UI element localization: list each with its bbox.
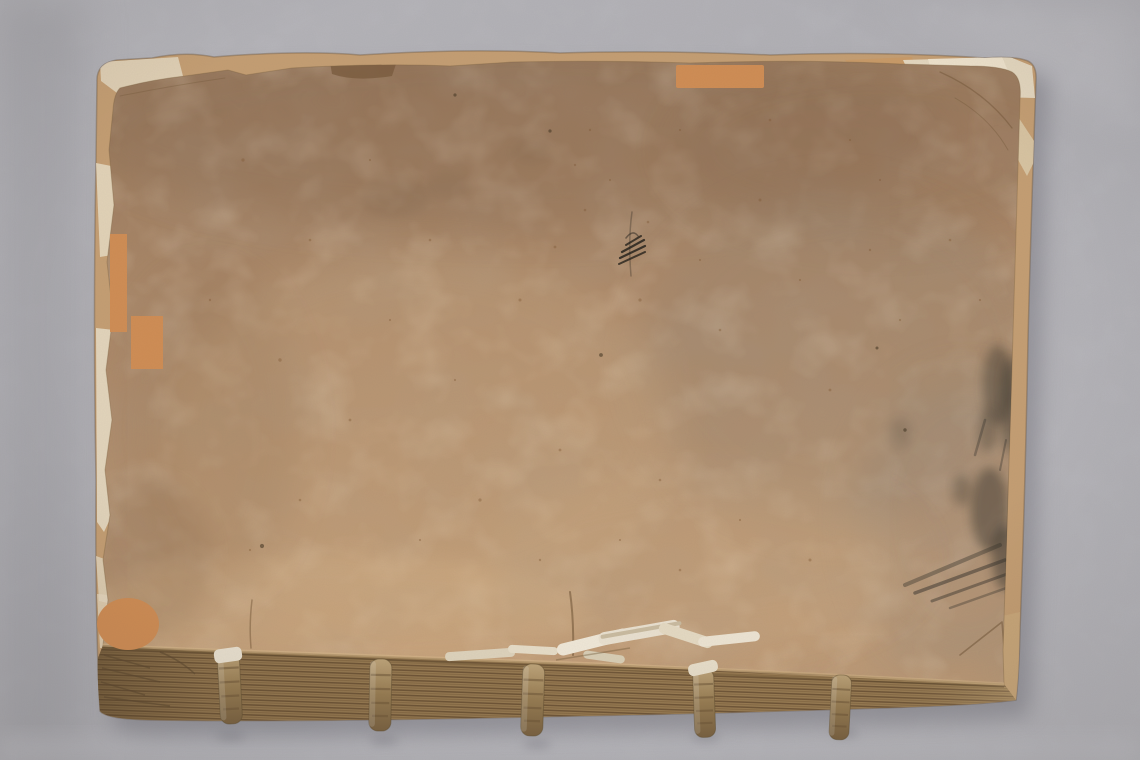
film-grain (0, 0, 1140, 760)
photo-lighting (0, 0, 1140, 760)
book-photo: antique book back cover (0, 0, 1140, 760)
photo-canvas: antique book back cover (0, 0, 1140, 760)
